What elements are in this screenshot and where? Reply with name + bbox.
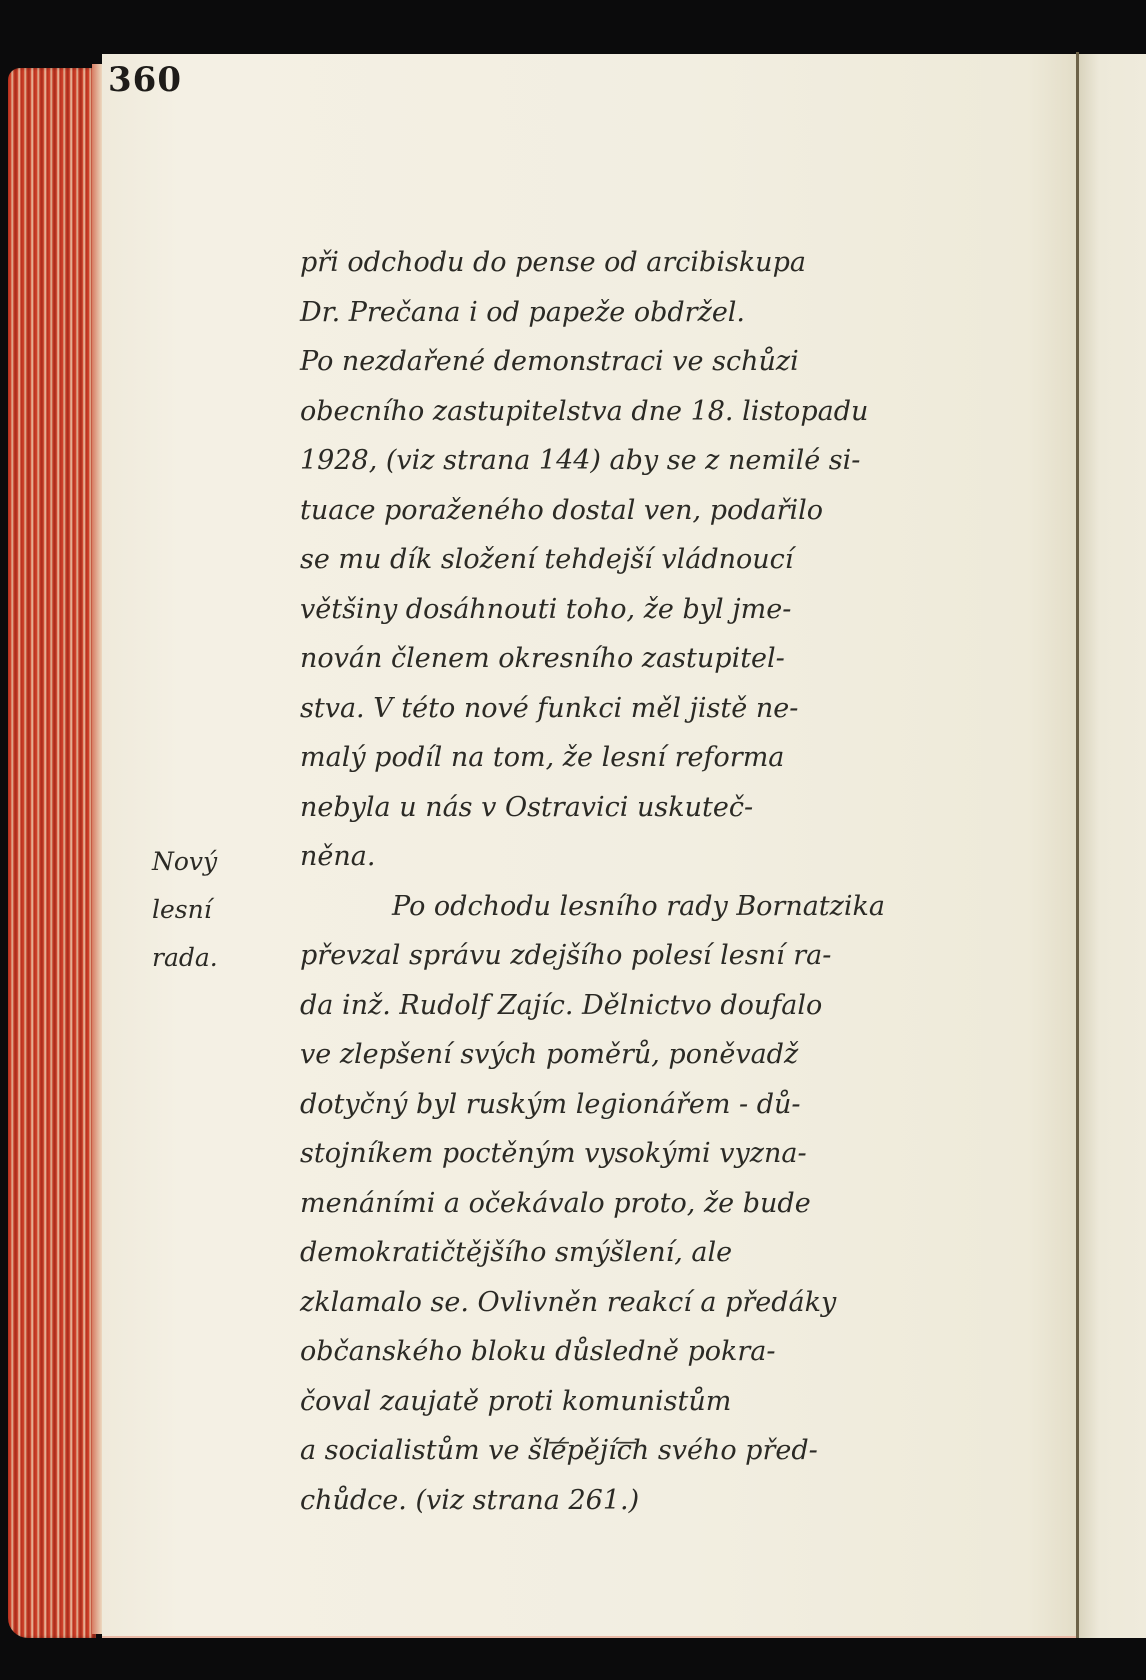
text-line: při odchodu do pense od arcibiskupa — [300, 238, 940, 288]
text-line: Dr. Prečana i od papeže obdržel. — [300, 288, 940, 338]
book-fore-edge — [8, 68, 96, 1638]
paragraph-start-line: Po odchodu lesního rady Bornatzika — [300, 882, 940, 932]
text-line: převzal správu zdejšího polesí lesní ra- — [300, 931, 940, 981]
text-line: demokratičtějšího smýšlení, ale — [300, 1228, 940, 1278]
margin-note-line: Nový — [152, 838, 218, 886]
margin-note-line: rada. — [152, 934, 218, 982]
text-line: malý podíl na tom, že lesní reforma — [300, 733, 940, 783]
text-line: občanského bloku důsledně pokra- — [300, 1327, 940, 1377]
right-page-edge — [1079, 54, 1146, 1638]
text-line: stva. V této nové funkci měl jistě ne- — [300, 684, 940, 734]
text-line: da inž. Rudolf Zajíc. Dělnictvo doufalo — [300, 981, 940, 1031]
handwritten-text: při odchodu do pense od arcibiskupa Dr. … — [300, 238, 940, 1525]
text-line: chůdce. (viz strana 261.) — [300, 1476, 940, 1526]
margin-note: Nový lesní rada. — [152, 838, 218, 982]
text-line: se mu dík složení tehdejší vládnoucí — [300, 535, 940, 585]
text-line: dotyčný byl ruským legionářem - dů- — [300, 1080, 940, 1130]
text-line: ve zlepšení svých poměrů, poněvadž — [300, 1030, 940, 1080]
text-line: tuace poraženého dostal ven, podařilo — [300, 486, 940, 536]
text-line: nebyla u nás v Ostravici uskuteč- — [300, 783, 940, 833]
page-number: 360 — [108, 60, 182, 100]
text-line: obecního zastupitelstva dne 18. listopad… — [300, 387, 940, 437]
text-line: menáními a očekávalo proto, že bude — [300, 1179, 940, 1229]
text-line: nován členem okresního zastupitel- — [300, 634, 940, 684]
text-line: něna. — [300, 832, 940, 882]
margin-note-line: lesní — [152, 886, 218, 934]
text-line: 1928, (viz strana 144) aby se z nemilé s… — [300, 436, 940, 486]
text-line: stojníkem poctěným vysokými vyzna- — [300, 1129, 940, 1179]
text-line: zklamalo se. Ovlivněn reakcí a předáky — [300, 1278, 940, 1328]
text-line: většiny dosáhnouti toho, že byl jme- — [300, 585, 940, 635]
section-end-mark: — · — — [548, 1430, 643, 1455]
text-line: čoval zaujatě proti komunistům — [300, 1377, 940, 1427]
text-line: Po nezdařené demonstraci ve schůzi — [300, 337, 940, 387]
